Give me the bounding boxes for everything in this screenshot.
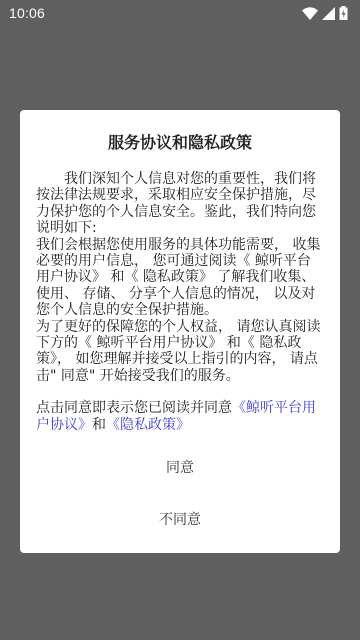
consent-text: 点击同意即表示您已阅读并同意《鲸听平台用户协议》和《隐私政策》	[36, 400, 324, 433]
privacy-policy-link[interactable]: 《隐私政策》	[106, 417, 190, 433]
wifi-icon	[302, 7, 318, 20]
paragraph-collection: 我们会根据您使用服务的具体功能需要， 收集必要的用户信息， 您可通过阅读《 鲸听…	[36, 237, 320, 319]
status-icons	[302, 6, 348, 20]
agree-button[interactable]: 同意	[20, 448, 340, 488]
status-time: 10:06	[9, 5, 45, 21]
paragraph-rights: 为了更好的保障您的个人权益， 请您认真阅读下方的《 鲸听平台用户协议》 和《 隐…	[36, 319, 320, 384]
cellular-signal-icon	[322, 7, 335, 20]
paragraph-intro: 我们深知个人信息对您的重要性，我们将按法律法规要求，采取相应安全保护措施，尽力保…	[36, 171, 316, 236]
privacy-dialog: 服务协议和隐私政策 我们深知个人信息对您的重要性，我们将按法律法规要求，采取相应…	[20, 110, 340, 553]
battery-charging-icon	[339, 6, 348, 20]
disagree-button[interactable]: 不同意	[20, 500, 340, 540]
status-bar: 10:06	[0, 0, 360, 26]
consent-prefix: 点击同意即表示您已阅读并同意	[36, 400, 232, 416]
dialog-body: 我们深知个人信息对您的重要性，我们将按法律法规要求，采取相应安全保护措施，尽力保…	[36, 171, 324, 384]
consent-middle: 和	[92, 417, 106, 433]
dialog-title: 服务协议和隐私政策	[36, 132, 324, 154]
